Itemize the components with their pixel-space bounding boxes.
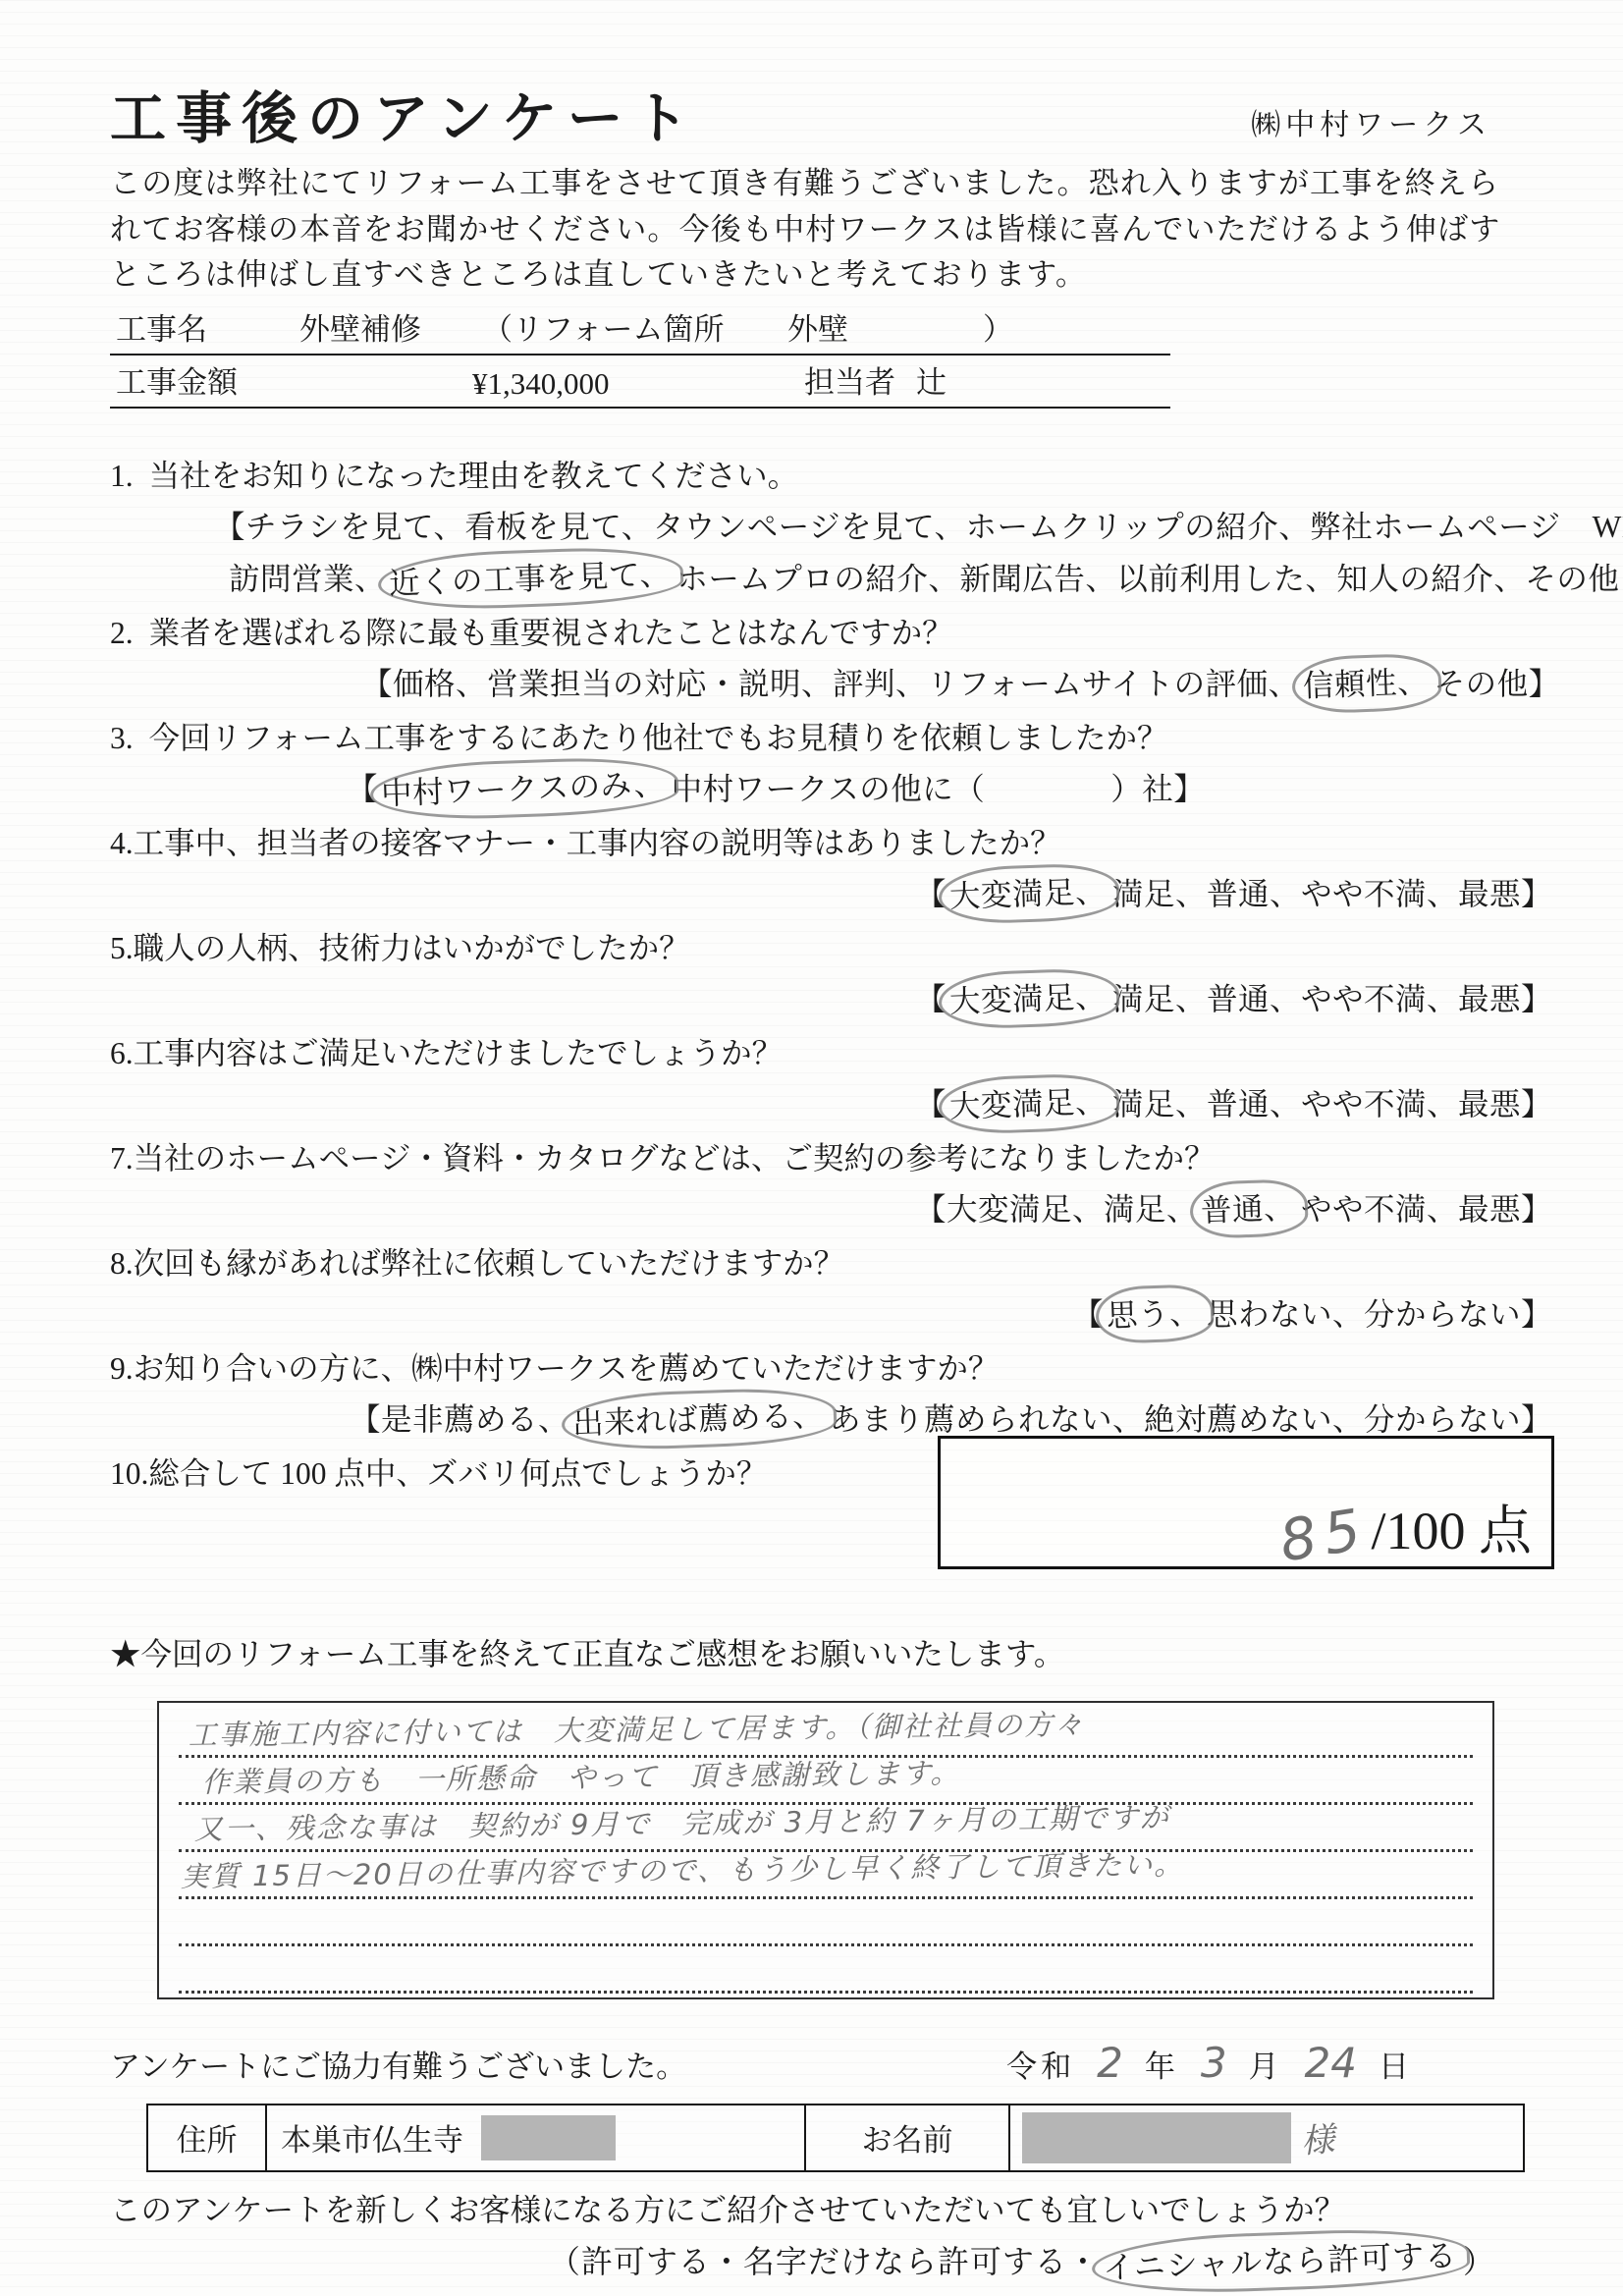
option-text: 満足、普通、やや不満、最悪】 [1112, 877, 1552, 911]
question-number: 2. [110, 616, 134, 651]
question-number: 4. [110, 826, 134, 861]
question-text: 総合して 100 点中、ズバリ何点でしょうか？ [148, 1456, 767, 1491]
project-amount-row: 工事金額 ¥1,340,000 担当者 辻 [110, 355, 1170, 409]
project-amount-label: 工事金額 [116, 357, 238, 402]
selected-option-circled: 出来れば薦める、 [561, 1386, 838, 1452]
intro-text: この度は弊社にてリフォーム工事をさせて頂き有難うございました。恐れ入りますが工事… [110, 161, 1520, 299]
address-label: 住所 [148, 2105, 265, 2170]
question-1-options-line-1: 【チラシを見て、看板を見て、タウンページを見て、ホームクリップの紹介、弊社ホーム… [110, 503, 1554, 555]
handwritten-comment: 工事施工内容に付いては 大変満足して居ます。（御社社員の方々 [178, 1702, 1085, 1753]
question-7-text: 7.当社のホームページ・資料・カタログなどは、ご契約の参考になりましたか？ [110, 1134, 1554, 1185]
year-label: 年 [1145, 2042, 1179, 2086]
question-number: 9. [110, 1351, 134, 1387]
selected-option-circled: 中村ワークスのみ、 [369, 754, 678, 822]
question-number: 1. [110, 459, 134, 494]
question-4-options: 【大変満足、満足、普通、やや不満、最悪】 [110, 870, 1554, 922]
selected-option-circled: 大変満足、 [938, 1071, 1120, 1134]
comment-line: 作業員の方も 一所懸命 やって 頂き感謝致します。 [179, 1758, 1473, 1805]
manager-value: 辻 [916, 357, 947, 402]
name-label: お名前 [804, 2105, 1008, 2170]
document-header: 工事後のアンケート ㈱中村ワークス [110, 69, 1554, 147]
selected-option-circled: 普通、 [1189, 1177, 1309, 1238]
contact-info-table: 住所 本巣市仏生寺 お名前 様 [146, 2104, 1525, 2172]
year-value-handwritten: 2 [1097, 2039, 1123, 2087]
question-1-options-line-2: 訪問営業、近くの工事を見て、ホームプロの紹介、新聞広告、以前利用した、知人の紹介… [110, 555, 1554, 607]
comment-line: 又一、残念な事は 契約が 9月で 完成が 3月と約 7ヶ月の工期ですが [179, 1805, 1473, 1852]
project-amount-value: ¥1,340,000 [472, 366, 610, 402]
option-text: その他】 [1434, 667, 1560, 701]
page-title: 工事後のアンケート [110, 91, 699, 147]
question-text: 職人の人柄、技術力はいかがでしたか？ [134, 931, 690, 965]
name-cell: 様 [1008, 2105, 1523, 2170]
question-8: 8.次回も縁があれば弊社に依頼していただけますか？ 【思う、思わない、分からない… [110, 1239, 1554, 1342]
address-value: 本巣市仏生寺 [281, 2115, 463, 2159]
question-7-options: 【大変満足、満足、普通、やや不満、最悪】 [110, 1185, 1554, 1237]
month-value-handwritten: 3 [1201, 2039, 1227, 2087]
name-honorific: 様 [1299, 2112, 1335, 2162]
company-name: ㈱中村ワークス [1251, 100, 1491, 147]
feedback-heading: ★今回のリフォーム工事を終えて正直なご感想をお願いいたします。 [110, 1630, 1554, 1679]
thanks-text: アンケートにご協力有難うございました。 [110, 2042, 686, 2086]
question-5-options: 【大変満足、満足、普通、やや不満、最悪】 [110, 975, 1554, 1027]
name-redaction-box [1022, 2112, 1291, 2163]
month-label: 月 [1249, 2042, 1283, 2086]
question-list: 1.当社をお知りになった理由を教えてください。 【チラシを見て、看板を見て、タウ… [110, 452, 1554, 1597]
comment-line [179, 1946, 1473, 1994]
question-9-text: 9.お知り合いの方に、㈱中村ワークスを薦めていただけますか？ [110, 1344, 1554, 1395]
option-text: （許可する・名字だけなら許可する・ [549, 2244, 1100, 2279]
project-name-label: 工事名 [116, 304, 207, 349]
comment-line: 実質 15日〜20日の仕事内容ですので、もう少し早く終了して頂きたい。 [179, 1852, 1473, 1899]
question-5: 5.職人の人柄、技術力はいかがでしたか？ 【大変満足、満足、普通、やや不満、最悪… [110, 924, 1554, 1027]
score-box: 85 /100 点 [938, 1436, 1554, 1569]
manager-label: 担当者 [804, 357, 895, 402]
option-text: ホームプロの紹介、新聞広告、以前利用した、知人の紹介、その他（ ）】 [676, 562, 1623, 596]
option-text: 【是非薦める、 [350, 1402, 569, 1437]
question-text: お知り合いの方に、㈱中村ワークスを薦めていただけますか？ [134, 1351, 1000, 1386]
day-label: 日 [1379, 2042, 1413, 2086]
option-text: 訪問営業、 [229, 562, 386, 596]
question-number: 6. [110, 1036, 134, 1071]
handwritten-comment: 作業員の方も 一所懸命 やって 頂き感謝致します。 [178, 1751, 960, 1801]
question-2: 2.業者を選ばれる際に最も重要視されたことはなんですか？ 【価格、営業担当の対応… [110, 609, 1554, 712]
question-6-text: 6.工事内容はご満足いただけましたでしょうか？ [110, 1029, 1554, 1080]
selected-option-circled: 大変満足、 [938, 861, 1120, 924]
question-text: 工事中、担当者の接客マナー・工事内容の説明等はありましたか？ [134, 826, 1061, 860]
project-name-row: 工事名 外壁補修 （リフォーム箇所 外壁 ） [110, 302, 1170, 355]
address-cell: 本巣市仏生寺 [265, 2105, 804, 2170]
question-3: 3.今回リフォーム工事をするにあたり他社でもお見積りを依頼しましたか？ 【中村ワ… [110, 714, 1554, 817]
comment-box: 工事施工内容に付いては 大変満足して居ます。（御社社員の方々 作業員の方も 一所… [157, 1701, 1494, 1999]
question-5-text: 5.職人の人柄、技術力はいかがでしたか？ [110, 924, 1554, 975]
option-text: 思わない、分からない】 [1207, 1297, 1552, 1332]
option-text: やや不満、最悪】 [1301, 1192, 1552, 1227]
permission-question: このアンケートを新しくお客様になる方にご紹介させていただいても宜しいでしょうか？ [110, 2186, 1554, 2237]
selected-option-circled: 信頼性、 [1291, 652, 1442, 714]
selected-option-circled: 思う、 [1095, 1283, 1215, 1343]
score-value-handwritten: 85 [1275, 1495, 1373, 1574]
question-1-text: 1.当社をお知りになった理由を教えてください。 [110, 452, 1554, 503]
selected-option-circled: 大変満足、 [938, 966, 1120, 1029]
option-text: 【チラシを見て、看板を見て、タウンページを見て、ホームクリップの紹介、弊社ホーム… [214, 510, 1623, 544]
option-text: あまり薦められない、絶対薦めない、分からない】 [830, 1402, 1552, 1437]
question-8-options: 【思う、思わない、分からない】 [110, 1290, 1554, 1342]
reform-area-value: 外壁 [787, 304, 848, 349]
option-text: 【価格、営業担当の対応・説明、評判、リフォームサイトの評価、 [361, 667, 1300, 701]
option-text: 【大変満足、満足、 [915, 1192, 1198, 1227]
question-3-text: 3.今回リフォーム工事をするにあたり他社でもお見積りを依頼しましたか？ [110, 714, 1554, 765]
question-7: 7.当社のホームページ・資料・カタログなどは、ご契約の参考になりましたか？ 【大… [110, 1134, 1554, 1237]
question-2-options: 【価格、営業担当の対応・説明、評判、リフォームサイトの評価、信頼性、その他】 [110, 660, 1554, 712]
paren-close: ） [983, 304, 1013, 349]
question-4: 4.工事中、担当者の接客マナー・工事内容の説明等はありましたか？ 【大変満足、満… [110, 819, 1554, 922]
question-6-options: 【大変満足、満足、普通、やや不満、最悪】 [110, 1080, 1554, 1132]
question-1: 1.当社をお知りになった理由を教えてください。 【チラシを見て、看板を見て、タウ… [110, 452, 1554, 607]
question-number: 10. [110, 1456, 148, 1492]
project-info-table: 工事名 外壁補修 （リフォーム箇所 外壁 ） 工事金額 ¥1,340,000 担… [110, 302, 1170, 409]
question-text: 業者を選ばれる際に最も重要視されたことはなんですか？ [149, 616, 953, 650]
era-label: 令和 [1006, 2042, 1075, 2086]
question-text: 工事内容はご満足いただけましたでしょうか？ [134, 1036, 784, 1070]
survey-document: 工事後のアンケート ㈱中村ワークス この度は弊社にてリフォーム工事をさせて頂き有… [0, 0, 1623, 2296]
question-text: 次回も縁があれば弊社に依頼していただけますか？ [134, 1246, 845, 1281]
question-4-text: 4.工事中、担当者の接客マナー・工事内容の説明等はありましたか？ [110, 819, 1554, 870]
question-10: 10.総合して 100 点中、ズバリ何点でしょうか？ 85 /100 点 [110, 1449, 1554, 1597]
selected-option-circled: イニシャルなら許可する [1091, 2225, 1471, 2296]
day-value-handwritten: 24 [1305, 2039, 1357, 2087]
question-6: 6.工事内容はご満足いただけましたでしょうか？ 【大変満足、満足、普通、やや不満… [110, 1029, 1554, 1132]
comment-line: 工事施工内容に付いては 大変満足して居ます。（御社社員の方々 [179, 1711, 1473, 1758]
date-field: 令和 2 年 3 月 24 日 [993, 2039, 1427, 2087]
question-9: 9.お知り合いの方に、㈱中村ワークスを薦めていただけますか？ 【是非薦める、出来… [110, 1344, 1554, 1448]
question-text: 当社のホームページ・資料・カタログなどは、ご契約の参考になりましたか？ [134, 1141, 1216, 1175]
selected-option-circled: 近くの工事を見て、 [377, 544, 684, 612]
score-denominator: /100 点 [1371, 1489, 1532, 1564]
option-text: 中村ワークスの他に（ ）社】 [672, 772, 1206, 806]
question-number: 7. [110, 1141, 134, 1176]
question-text: 当社をお知りになった理由を教えてください。 [149, 459, 799, 493]
comment-line [179, 1899, 1473, 1946]
option-text: 満足、普通、やや不満、最悪】 [1112, 1087, 1552, 1121]
thanks-row: アンケートにご協力有難うございました。 令和 2 年 3 月 24 日 [110, 2039, 1554, 2094]
project-name-value: 外壁補修 [299, 304, 421, 349]
address-redaction-box [481, 2115, 616, 2160]
question-3-options: 【中村ワークスのみ、中村ワークスの他に（ ）社】 [110, 765, 1554, 817]
option-text: 満足、普通、やや不満、最悪】 [1112, 982, 1552, 1016]
question-number: 3. [110, 721, 134, 756]
question-number: 5. [110, 931, 134, 966]
question-8-text: 8.次回も縁があれば弊社に依頼していただけますか？ [110, 1239, 1554, 1290]
question-number: 8. [110, 1246, 134, 1282]
question-2-text: 2.業者を選ばれる際に最も重要視されたことはなんですか？ [110, 609, 1554, 660]
question-text: 今回リフォーム工事をするにあたり他社でもお見積りを依頼しましたか？ [149, 721, 1168, 755]
reform-area-label: （リフォーム箇所 [482, 304, 724, 349]
permission-options: （許可する・名字だけなら許可する・イニシャルなら許可する） [110, 2237, 1554, 2290]
